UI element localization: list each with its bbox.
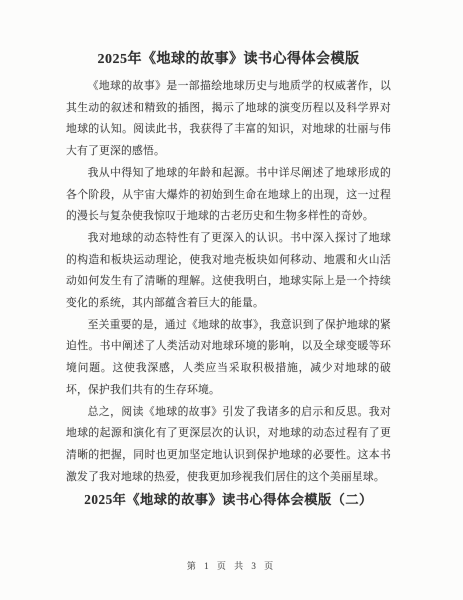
page-footer: 第 1 页 共 3 页 <box>0 559 463 572</box>
paragraph: 总之，阅读《地球的故事》引发了我诸多的启示和反思。我对地球的起源和演化有了更深层… <box>66 402 391 489</box>
page-number: 第 1 页 共 3 页 <box>187 561 276 571</box>
paragraph: 至关重要的是，通过《地球的故事》，我意识到了保护地球的紧迫性。书中阐述了人类活动… <box>66 315 391 402</box>
paragraph: 我从中得知了地球的年龄和起源。书中详尽阐述了地球形成的各个阶段，从宇宙大爆炸的初… <box>66 163 391 228</box>
body-paragraphs: 《地球的故事》是一部描绘地球历史与地质学的权威著作，以其生动的叙述和精致的插图，… <box>66 76 391 488</box>
paragraph: 《地球的故事》是一部描绘地球历史与地质学的权威著作，以其生动的叙述和精致的插图，… <box>66 76 391 163</box>
document-page: 2025年《地球的故事》读书心得体会模版 《地球的故事》是一部描绘地球历史与地质… <box>0 0 463 600</box>
paragraph: 我对地球的动态特性有了更深入的认识。书中深入探讨了地球的构造和板块运动理论，使我… <box>66 228 391 315</box>
section-two-title: 2025年《地球的故事》读书心得体会模版（二） <box>66 489 391 511</box>
page-title: 2025年《地球的故事》读书心得体会模版 <box>66 50 391 69</box>
document-content: 2025年《地球的故事》读书心得体会模版 《地球的故事》是一部描绘地球历史与地质… <box>66 50 391 511</box>
